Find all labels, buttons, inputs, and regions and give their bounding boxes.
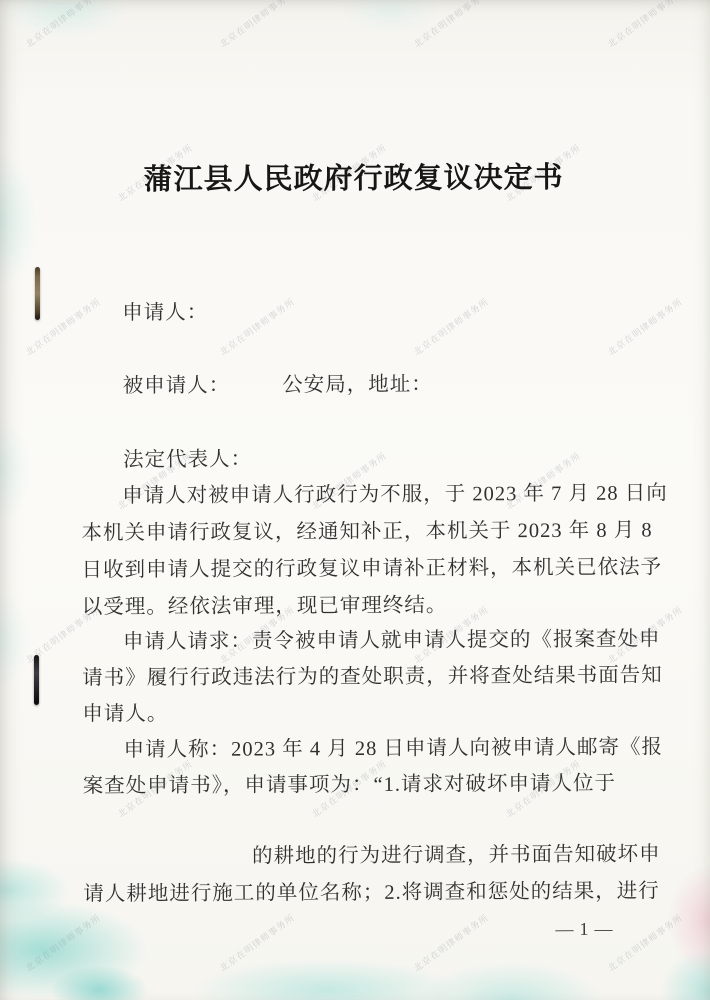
body-line: 以受理。经依法审理，现已审理终结。 (82, 588, 448, 620)
body-line: 的耕地的行为进行调查，并书面告知破坏申 (252, 836, 661, 868)
page-number: —1— (555, 919, 618, 940)
body-line: 请书》履行行政违法行为的查处职责，并将查处结果书面告知 (82, 657, 663, 690)
document-title: 蒲江县人民政府行政复议决定书 (0, 154, 709, 199)
body-line: 申请人。 (82, 696, 168, 726)
body-line: 请人耕地进行施工的单位名称；2.将调查和惩处的结果，进行 (83, 873, 660, 906)
body-line: 申请人称：2023 年 4 月 28 日申请人向被申请人邮寄《报 (123, 729, 663, 762)
body-line: 本机关申请行政复议，经通知补正，本机关于 2023 年 8 月 8 (81, 512, 652, 545)
respondent-label: 被申请人： (123, 375, 231, 398)
document-content: 蒲江县人民政府行政复议决定书 申请人： 被申请人：公安局，地址： 法定代表人： … (0, 0, 710, 1000)
respondent-line: 被申请人：公安局，地址： (123, 367, 433, 399)
respondent-value: 公安局，地址： (282, 367, 433, 398)
scanned-document-page: 北京在明律师事务所 北京在明律师事务所 北京在明律师事务所 北京在明律师事务所 … (0, 0, 710, 1000)
body-line: 日收到申请人提交的行政复议申请补正材料，本机关已依法予 (82, 549, 663, 582)
body-line: 申请人对被申请人行政行为不服，于 2023 年 7 月 28 日向 (122, 475, 668, 508)
body-line: 案查处申请书》，申请事项为：“1.请求对破坏申请人位于 (83, 766, 616, 799)
body-line: 申请人请求：责令被申请人就申请人提交的《报案查处申 (123, 621, 661, 654)
legal-rep-label: 法定代表人： (123, 442, 252, 473)
applicant-label: 申请人： (122, 295, 208, 325)
